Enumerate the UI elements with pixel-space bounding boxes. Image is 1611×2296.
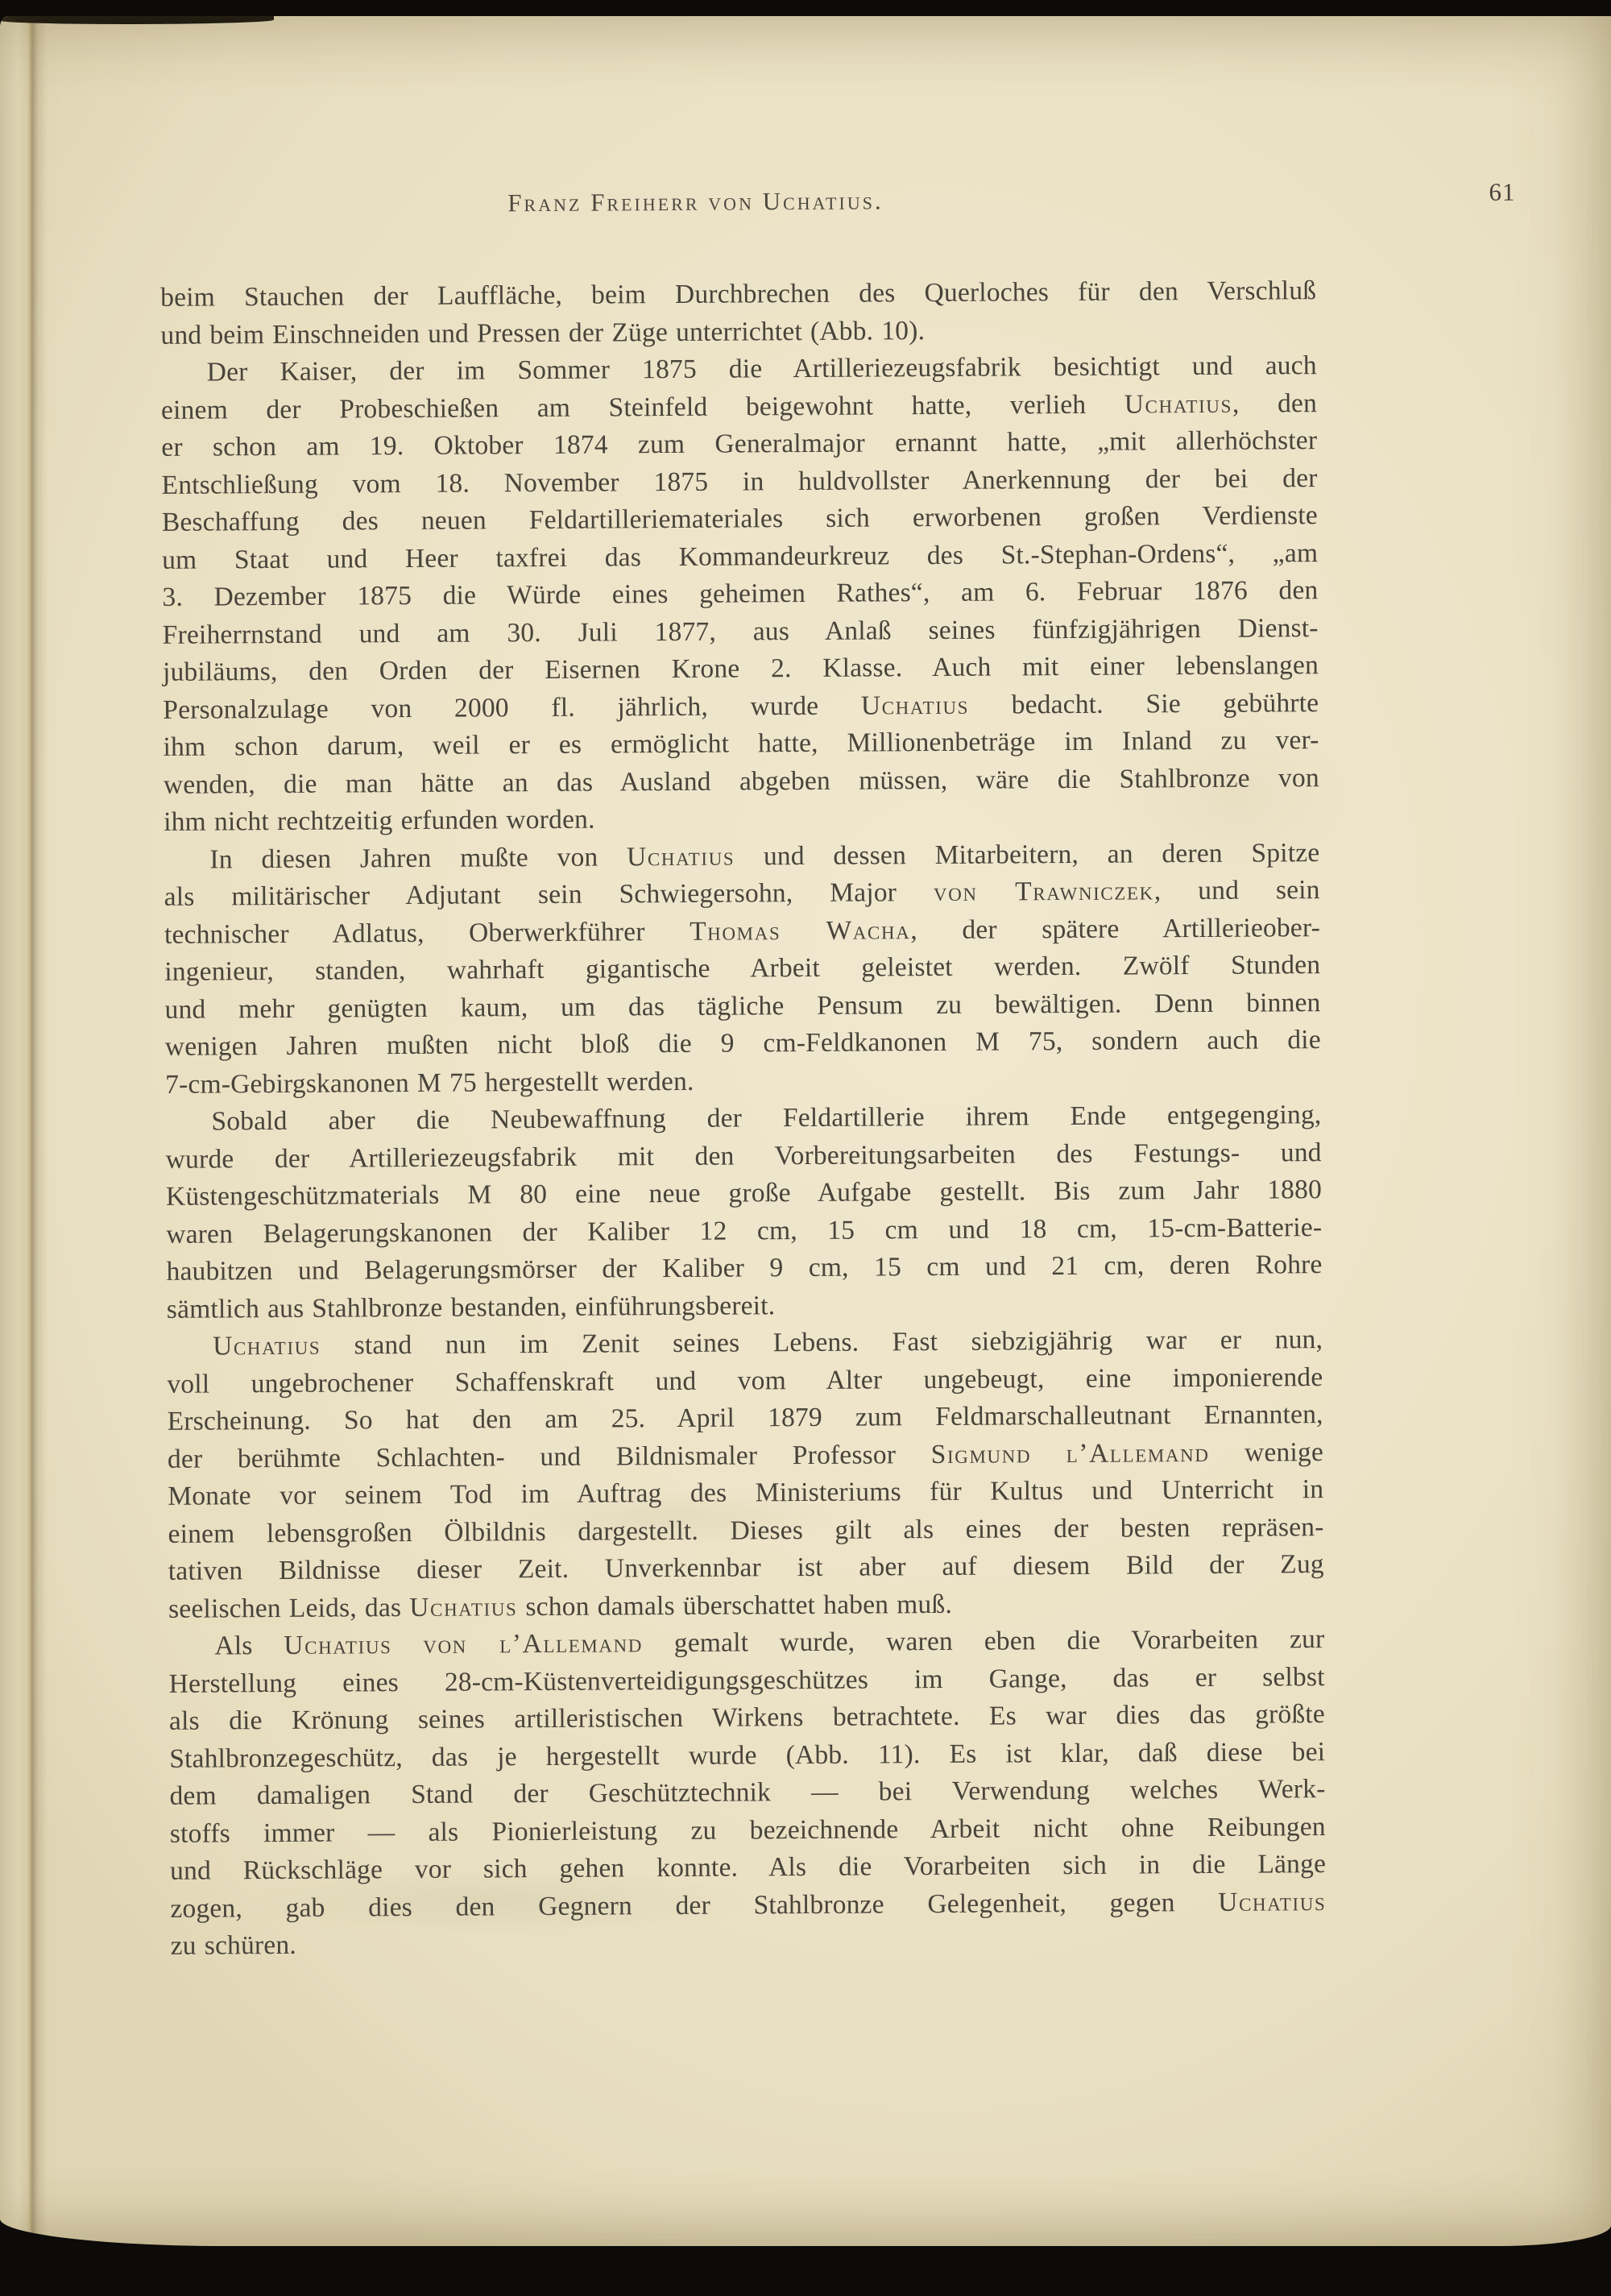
book-scan-photo: { "page": { "header": { "title": "Franz … xyxy=(0,0,1611,2296)
text-line: Sobald aber die Neubewaffnung der Feldar… xyxy=(165,1096,1321,1141)
text-line: zu schüren. xyxy=(171,1921,1327,1965)
text-line: ingenieur, standen, wahrhaft gigantische… xyxy=(164,947,1320,991)
page-number: 61 xyxy=(1489,178,1515,207)
page-text: beim Stauchen der Lauffläche, beim Durch… xyxy=(160,272,1327,1965)
text-line: zogen, gab dies den Gegnern der Stahlbro… xyxy=(170,1884,1326,1928)
paragraph: Uchatius stand nun im Zenit seines Leben… xyxy=(167,1321,1324,1628)
paragraph: Der Kaiser, der im Sommer 1875 die Artil… xyxy=(161,347,1320,841)
text-line: Uchatius stand nun im Zenit seines Leben… xyxy=(167,1321,1323,1366)
text-line: Beschaffung des neuen Feldartilleriemate… xyxy=(162,497,1318,541)
text-line: beim Stauchen der Lauffläche, beim Durch… xyxy=(160,272,1316,317)
book-page: Franz Freiherr von Uchatius. 61 beim Sta… xyxy=(0,16,1611,2246)
text-line: Küstengeschützmaterials M 80 eine neue g… xyxy=(166,1171,1322,1216)
running-header: Franz Freiherr von Uchatius. 61 xyxy=(0,182,1606,232)
paragraph: Sobald aber die Neubewaffnung der Feldar… xyxy=(165,1096,1323,1328)
text-line: tativen Bildnisse dieser Zeit. Unverkenn… xyxy=(168,1546,1324,1590)
text-line: Der Kaiser, der im Sommer 1875 die Artil… xyxy=(161,347,1317,392)
text-line: Monate vor seinem Tod im Auftrag des Min… xyxy=(168,1471,1323,1515)
text-line: wenden, die man hätte an das Ausland abg… xyxy=(164,760,1319,804)
text-line: Erscheinung. So hat den am 25. April 187… xyxy=(168,1396,1323,1440)
text-line: er schon am 19. Oktober 1874 zum General… xyxy=(161,422,1317,466)
paragraph: In diesen Jahren mußte von Uchatius und … xyxy=(164,835,1321,1104)
text-line: 3. Dezember 1875 die Würde eines geheime… xyxy=(162,572,1318,616)
text-line: jubiläums, den Orden der Eisernen Krone … xyxy=(163,647,1319,691)
text-line: als die Krönung seines artilleristischen… xyxy=(169,1696,1325,1740)
text-line: als militärischer Adjutant sein Schwiege… xyxy=(164,872,1320,916)
text-line: haubitzen und Belagerungsmörser der Kali… xyxy=(166,1246,1322,1291)
scan-tilt-wrapper: Franz Freiherr von Uchatius. 61 beim Sta… xyxy=(0,16,1611,2246)
text-line: wenigen Jahren mußten nicht bloß die 9 c… xyxy=(165,1022,1321,1066)
text-line: Als Uchatius von l’Allemand gemalt wurde… xyxy=(168,1621,1324,1665)
page-title: Franz Freiherr von Uchatius. xyxy=(0,183,1397,221)
text-line: ihm schon darum, weil er es ermöglicht h… xyxy=(163,722,1319,766)
text-line: dem damaligen Stand der Geschütztechnik … xyxy=(169,1771,1325,1815)
paragraph: beim Stauchen der Lauffläche, beim Durch… xyxy=(160,272,1317,354)
paragraph: Als Uchatius von l’Allemand gemalt wurde… xyxy=(168,1621,1327,1965)
text-line: und Rückschläge vor sich gehen konnte. A… xyxy=(170,1846,1326,1890)
